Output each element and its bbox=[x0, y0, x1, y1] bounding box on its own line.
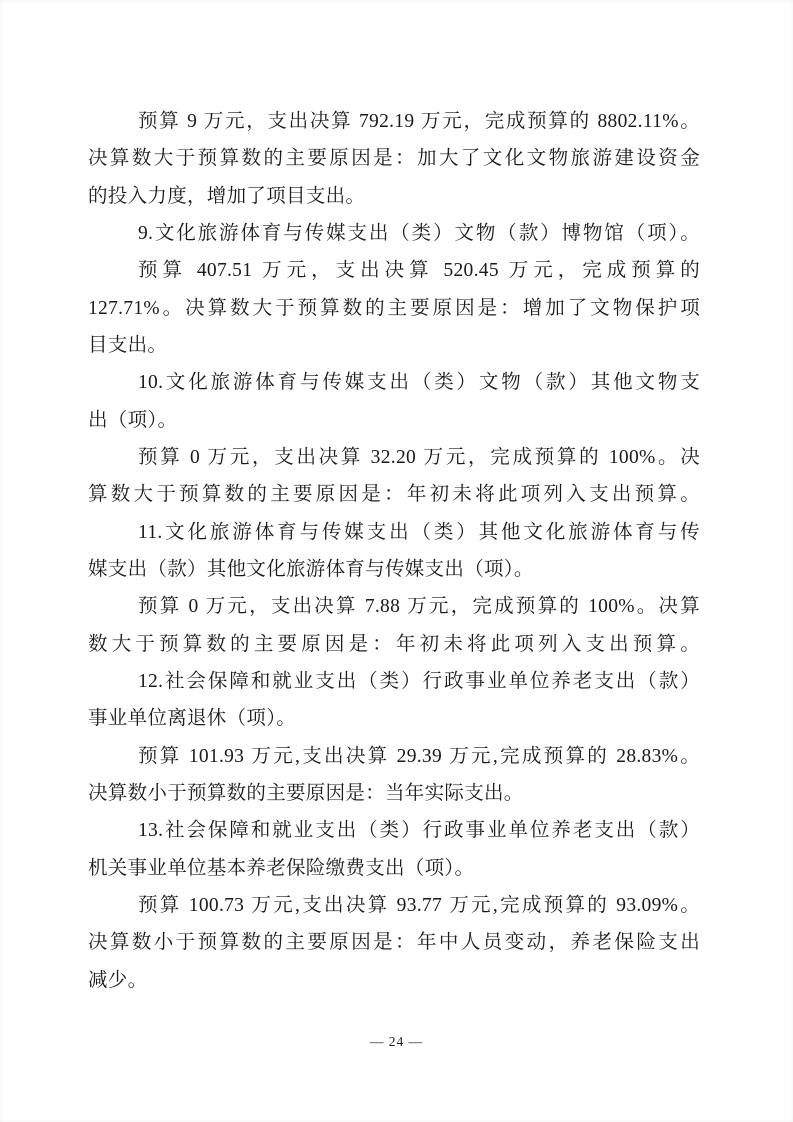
item-12-heading: 12.社会保障和就业支出（类）行政事业单位养老支出（款）事业单位离退休（项）。 bbox=[88, 663, 700, 738]
text-line: 出（项）。 bbox=[88, 402, 700, 439]
text-line: 10.文化旅游体育与传媒支出（类）文物（款）其他文物支 bbox=[88, 364, 700, 401]
text-line: 减少。 bbox=[88, 962, 700, 999]
text-line: 9.文化旅游体育与传媒支出（类）文物（款）博物馆（项）。 bbox=[88, 215, 700, 252]
text-line: 算数大于预算数的主要原因是：年初未将此项列入支出预算。 bbox=[88, 476, 700, 513]
text-line: 预算 9 万元，支出决算 792.19 万元，完成预算的 8802.11%。 bbox=[88, 103, 700, 140]
item-13-heading: 13.社会保障和就业支出（类）行政事业单位养老支出（款）机关事业单位基本养老保险… bbox=[88, 812, 700, 887]
page-number: — 24 — bbox=[370, 1034, 423, 1049]
text-line: 预算 0 万元，支出决算 32.20 万元，完成预算的 100%。决 bbox=[88, 439, 700, 476]
text-line: 预算 407.51 万元，支出决算 520.45 万元，完成预算的 bbox=[88, 252, 700, 289]
document-body: 预算 9 万元，支出决算 792.19 万元，完成预算的 8802.11%。决算… bbox=[88, 103, 700, 999]
item-12-budget-note: 预算 101.93 万元,支出决算 29.39 万元,完成预算的 28.83%。… bbox=[88, 738, 700, 813]
item-9-heading: 9.文化旅游体育与传媒支出（类）文物（款）博物馆（项）。 bbox=[88, 215, 700, 252]
text-line: 11.文化旅游体育与传媒支出（类）其他文化旅游体育与传 bbox=[88, 514, 700, 551]
item-10-heading: 10.文化旅游体育与传媒支出（类）文物（款）其他文物支出（项）。 bbox=[88, 364, 700, 439]
text-line: 预算 101.93 万元,支出决算 29.39 万元,完成预算的 28.83%。 bbox=[88, 738, 700, 775]
page-footer: — 24 — bbox=[0, 1034, 793, 1050]
text-line: 预算 100.73 万元,支出决算 93.77 万元,完成预算的 93.09%。 bbox=[88, 887, 700, 924]
text-line: 决算数小于预算数的主要原因是：年中人员变动，养老保险支出 bbox=[88, 924, 700, 961]
item-10-budget-note: 预算 0 万元，支出决算 32.20 万元，完成预算的 100%。决算数大于预算… bbox=[88, 439, 700, 514]
text-line: 机关事业单位基本养老保险缴费支出（项）。 bbox=[88, 850, 700, 887]
text-line: 预算 0 万元，支出决算 7.88 万元，完成预算的 100%。决算 bbox=[88, 588, 700, 625]
text-line: 12.社会保障和就业支出（类）行政事业单位养老支出（款） bbox=[88, 663, 700, 700]
text-line: 媒支出（款）其他文化旅游体育与传媒支出（项）。 bbox=[88, 551, 700, 588]
text-line: 数大于预算数的主要原因是：年初未将此项列入支出预算。 bbox=[88, 626, 700, 663]
text-line: 的投入力度，增加了项目支出。 bbox=[88, 178, 700, 215]
document-page: 预算 9 万元，支出决算 792.19 万元，完成预算的 8802.11%。决算… bbox=[0, 0, 793, 1122]
text-line: 决算数小于预算数的主要原因是：当年实际支出。 bbox=[88, 775, 700, 812]
text-line: 目支出。 bbox=[88, 327, 700, 364]
text-line: 事业单位离退休（项）。 bbox=[88, 700, 700, 737]
item-11-heading: 11.文化旅游体育与传媒支出（类）其他文化旅游体育与传媒支出（款）其他文化旅游体… bbox=[88, 514, 700, 589]
item-8-budget-note: 预算 9 万元，支出决算 792.19 万元，完成预算的 8802.11%。决算… bbox=[88, 103, 700, 215]
item-9-budget-note: 预算 407.51 万元，支出决算 520.45 万元，完成预算的127.71%… bbox=[88, 252, 700, 364]
text-line: 127.71%。决算数大于预算数的主要原因是：增加了文物保护项 bbox=[88, 290, 700, 327]
item-11-budget-note: 预算 0 万元，支出决算 7.88 万元，完成预算的 100%。决算数大于预算数… bbox=[88, 588, 700, 663]
text-line: 13.社会保障和就业支出（类）行政事业单位养老支出（款） bbox=[88, 812, 700, 849]
text-line: 决算数大于预算数的主要原因是：加大了文化文物旅游建设资金 bbox=[88, 140, 700, 177]
item-13-budget-note: 预算 100.73 万元,支出决算 93.77 万元,完成预算的 93.09%。… bbox=[88, 887, 700, 999]
